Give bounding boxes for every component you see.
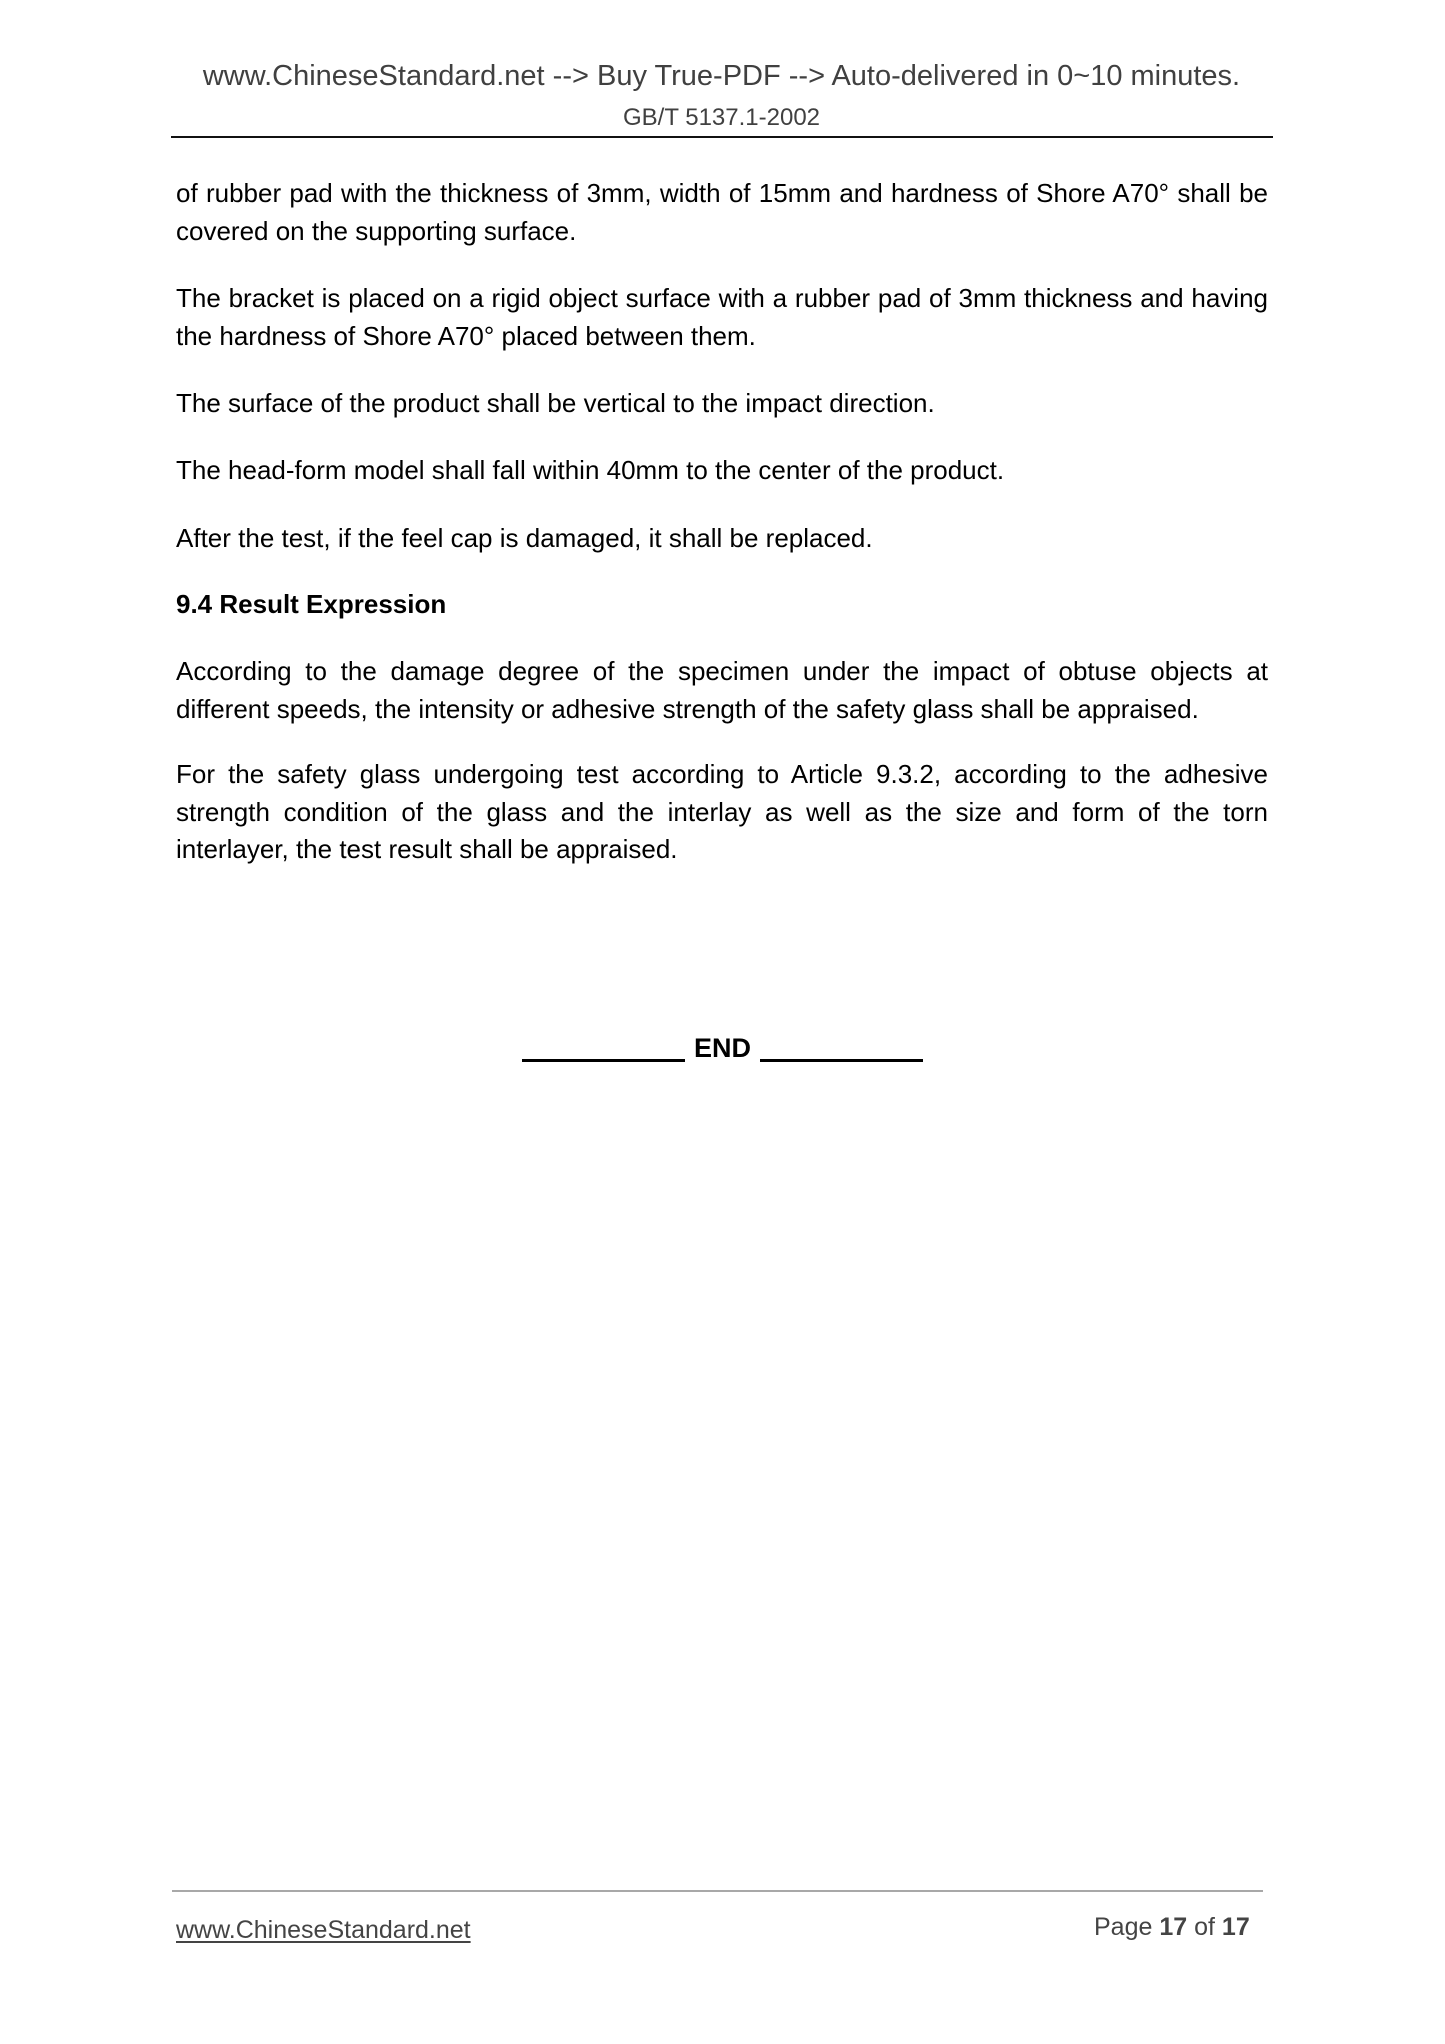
end-underline-left	[522, 1059, 685, 1062]
standard-code: GB/T 5137.1-2002	[0, 104, 1445, 132]
header-divider	[171, 136, 1273, 138]
header-banner: www.ChineseStandard.net --> Buy True-PDF…	[145, 58, 1298, 94]
paragraph: The bracket is placed on a rigid object …	[176, 280, 1268, 355]
standard-code-text: GB/T 5137.1-2002	[623, 104, 820, 131]
page-current: 17	[1159, 1913, 1187, 1941]
footer-divider	[172, 1890, 1263, 1892]
paragraph: The surface of the product shall be vert…	[176, 385, 1268, 423]
page-label: Page	[1094, 1913, 1152, 1941]
footer-site-link[interactable]: www.ChineseStandard.net	[176, 1915, 471, 1945]
end-text: END	[694, 1032, 751, 1064]
section-heading: 9.4 Result Expression	[176, 586, 1268, 624]
paragraph: After the test, if the feel cap is damag…	[176, 520, 1268, 558]
page-total: 17	[1222, 1913, 1250, 1941]
end-underline-right	[760, 1059, 923, 1062]
page-of: of	[1194, 1913, 1215, 1941]
paragraph: According to the damage degree of the sp…	[176, 653, 1268, 728]
end-marker: END	[522, 1030, 923, 1070]
paragraph: For the safety glass undergoing test acc…	[176, 756, 1268, 869]
page-indicator: Page 17 of 17	[1094, 1912, 1250, 1942]
paragraph: The head-form model shall fall within 40…	[176, 452, 1268, 490]
paragraph: of rubber pad with the thickness of 3mm,…	[176, 175, 1268, 250]
